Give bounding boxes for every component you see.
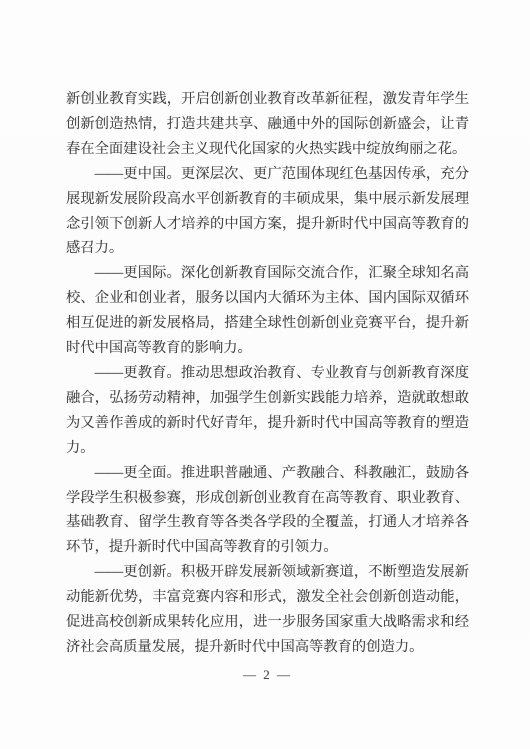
body-paragraph-geng-jiaoyu: ——更教育。推动思想政治教育、专业教育与创新教育深度融合，弘扬劳动精神，加强学生… [66, 361, 469, 461]
document-body: 新创业教育实践，开启创新创业教育改革新征程，激发青年学生创新创造热情，打造共建共… [66, 87, 469, 660]
body-paragraph-geng-zhongguo: ——更中国。更深层次、更广范围体现红色基因传承，充分展现新发展阶段高水平创新教育… [66, 162, 469, 262]
body-paragraph-geng-chuangxin: ——更创新。积极开辟发展新领域新赛道，不断塑造发展新动能新优势，丰富竞赛内容和形… [66, 560, 469, 660]
page-number: — 2 — [66, 665, 469, 685]
document-page: 新创业教育实践，开启创新创业教育改革新征程，激发青年学生创新创造热情，打造共建共… [0, 0, 530, 749]
body-paragraph-geng-quanmian: ——更全面。推进职普融通、产教融合、科教融汇，鼓励各学段学生积极参赛，形成创新创… [66, 461, 469, 561]
body-paragraph-continuation: 新创业教育实践，开启创新创业教育改革新征程，激发青年学生创新创造热情，打造共建共… [66, 87, 469, 162]
body-paragraph-geng-guoji: ——更国际。深化创新教育国际交流合作，汇聚全球知名高校、企业和创业者，服务以国内… [66, 261, 469, 361]
